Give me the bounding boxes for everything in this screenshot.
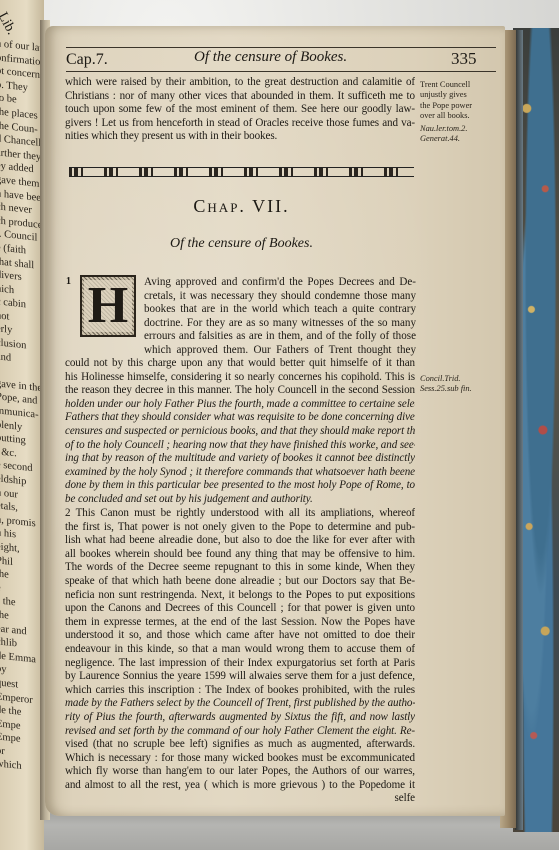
text-line: which carries this inscription : The Ind…: [65, 684, 415, 698]
text-line: Christians : nor of many other vices tha…: [65, 90, 415, 104]
text-line: understood it so, and those which came a…: [65, 629, 415, 643]
text-line: all bookes wherein should bee found any …: [65, 548, 415, 562]
text-line: Fathers that they should consider what w…: [65, 411, 415, 425]
chapter-heading: Chap. VII.: [69, 196, 414, 217]
text-line: the first is, That power is not onely gi…: [65, 521, 415, 535]
text-line: endeavour in this kinde, so that a man w…: [65, 643, 415, 657]
page-number: 335: [451, 49, 477, 69]
text-line: speake of that which hath beene done alr…: [65, 575, 415, 589]
text-line: could not by this charge upon any that w…: [65, 357, 415, 371]
text-line: them in expresse termes, at the end of t…: [65, 616, 415, 630]
text-line: givers ! Let us from henceforth in stead…: [65, 117, 415, 131]
drop-cap-lines: Aving approved and confirm'd the Popes D…: [144, 276, 416, 358]
text-line: which were raised by their ambition, to …: [65, 76, 415, 90]
running-head-chapter: Cap.7.: [66, 51, 108, 69]
text-line: doctrine. For they are as so many witnes…: [144, 317, 416, 331]
text-line: cretals, it was necessary they should co…: [144, 290, 416, 304]
decorated-initial: H: [80, 275, 136, 337]
text-line: which fly worse than hang'em to our late…: [65, 765, 415, 779]
previous-page-edge: Lib. n of our law-onfirmation ofot conce…: [0, 0, 44, 850]
margin-note-reference: Generat.44.: [420, 134, 500, 144]
text-line: ing that by reason of the multitude and …: [65, 452, 415, 466]
text-line: of to the holy Councell ; hearing now th…: [65, 439, 415, 453]
text-line: neficia non sunt restringenda. Next, it …: [65, 589, 415, 603]
text-line: upon the Canons and Decrees of this Coun…: [65, 602, 415, 616]
opening-paragraph: which were raised by their ambition, to …: [65, 76, 415, 144]
drop-cap-letter: H: [84, 280, 132, 332]
paragraph-2: 2 This Canon must be rightly understood …: [65, 507, 415, 806]
text-line: by Laurence Sonnius the yeare 1599 will …: [65, 670, 415, 684]
running-head: Cap.7. Of the censure of Bookes. 335: [66, 48, 416, 70]
margin-note-line: Sess.25.sub fin.: [420, 384, 500, 394]
text-line: nities which they present us with in the…: [65, 130, 415, 144]
text-line: bookes that are in the world which teach…: [144, 303, 416, 317]
ornamental-border: [69, 167, 414, 177]
head-rule-bottom: [66, 71, 496, 72]
text-line: rity of Pius the fourth, afterwards augm…: [65, 711, 415, 725]
text-line: and almost to all the rest, yea ( which …: [65, 779, 415, 793]
running-head-title: Of the censure of Bookes.: [194, 49, 347, 66]
text-line: censures and suspected or pernicious boo…: [65, 425, 415, 439]
text-line: vised (that no scruple bee left) signifi…: [65, 738, 415, 752]
text-line: made by the Fathers select by the Counce…: [65, 697, 415, 711]
margin-note-trent: Trent Councell unjustly gives the Pope p…: [420, 80, 500, 144]
text-line: be concluded and set out by his judgemen…: [65, 493, 415, 507]
text-line: errours and falsities as are in them, an…: [144, 330, 416, 344]
text-line: the reason they decree in this manner. T…: [65, 384, 415, 398]
text-line: touch upon some few of the most eminent …: [65, 103, 415, 117]
text-line: Which is necessary : for those many wick…: [65, 752, 415, 766]
text-line: done by them in this particular bee pres…: [65, 479, 415, 493]
text-line: his Holinesse himselfe, considering it s…: [65, 371, 415, 385]
margin-note-line: Trent Councell: [420, 80, 500, 90]
text-line: The words of the Decree seeme repugnant …: [65, 561, 415, 575]
text-line: 2 This Canon must be rightly understood …: [65, 507, 415, 521]
paragraph-number: 1: [66, 276, 71, 287]
text-line: Aving approved and confirm'd the Popes D…: [144, 276, 416, 290]
text-line: holden under our holy Father Pius the fo…: [65, 398, 415, 412]
text-line: lish what had beene alreadie done, but a…: [65, 534, 415, 548]
chapter-subtitle: Of the censure of Bookes.: [69, 236, 414, 252]
margin-note-council: Concil.Trid. Sess.25.sub fin.: [420, 374, 500, 395]
margin-note-line: unjustly gives: [420, 90, 500, 100]
margin-note-line: the Pope power: [420, 101, 500, 111]
paragraph-1: could not by this charge upon any that w…: [65, 357, 415, 507]
margin-note-line: over all books.: [420, 111, 500, 121]
previous-page-text: n of our law-onfirmation ofot concerning…: [0, 37, 44, 777]
text-line: which approved them. Our Fathers of Tren…: [144, 344, 416, 358]
catchword: selfe: [65, 792, 415, 806]
margin-note-line: Concil.Trid.: [420, 374, 500, 384]
text-line: examined by the holy Synod ; it therefor…: [65, 466, 415, 480]
text-line: revised and set forth by the command of …: [65, 725, 415, 739]
margin-note-reference: Nau.ler.tom.2.: [420, 124, 500, 134]
previous-page-running-head: Lib.: [0, 10, 19, 38]
text-line: negligence. The last impression of their…: [65, 657, 415, 671]
cover-inner-edge: [515, 30, 523, 830]
